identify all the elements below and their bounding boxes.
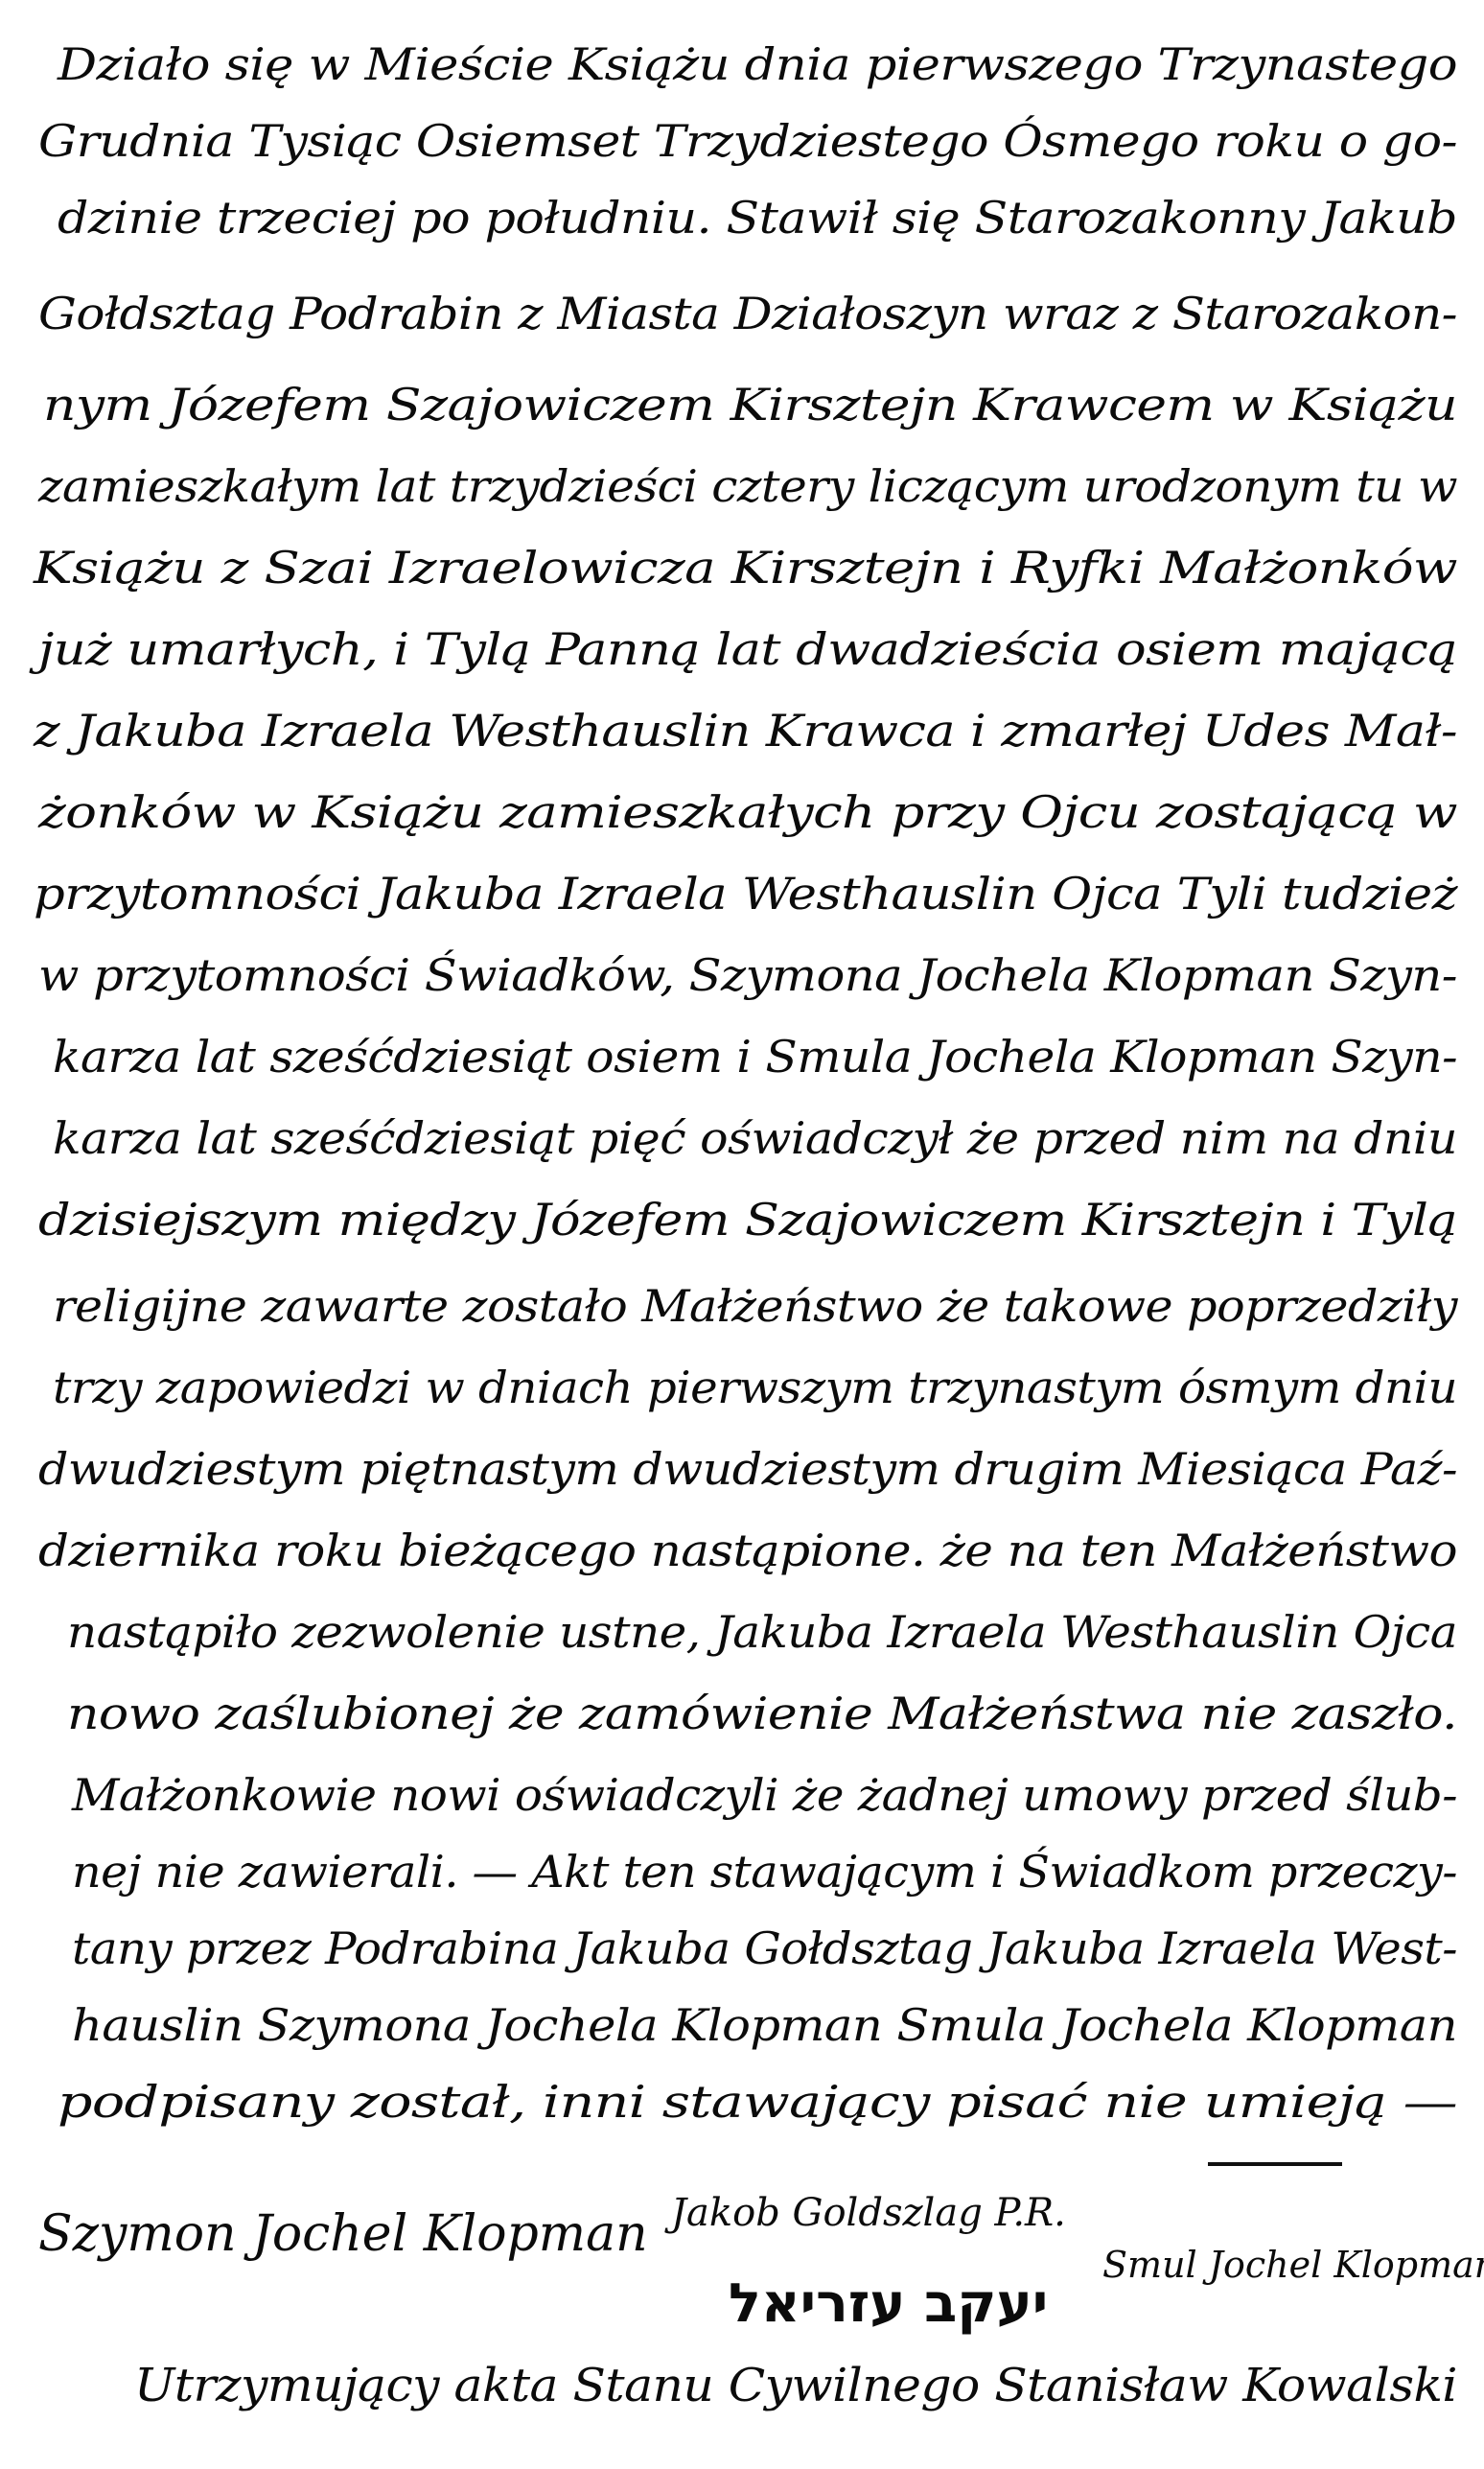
signature-hebrew: יעקב עזריאל [729,2272,1048,2335]
record-line-22: Małżonkowie nowi oświadczyli że żadnej u… [72,1769,1484,1846]
closing-dash [1208,2162,1342,2166]
record-line-23: nej nie zawierali. — Akt ten stawającym … [72,1846,1484,1922]
record-text: z Jakuba Izraela Westhauslin Krawca i zm… [34,705,1457,757]
record-line-14: karza lat sześćdziesiąt pięć oświadczył … [53,1112,1484,1189]
record-line-5: nym Józefem Szajowiczem Kirsztejn Krawce… [43,379,1484,455]
record-text: już umarłych, i Tylą Panną lat dwadzieśc… [38,623,1457,675]
record-line-9: z Jakuba Izraela Westhauslin Krawca i zm… [34,705,1484,781]
record-line-16: religijne zawarte zostało Małżeństwo że … [53,1280,1484,1357]
record-line-4: Gołdsztag Podrabin z Miasta Działoszyn w… [38,288,1484,364]
record-text: Małżonkowie nowi oświadczyli że żadnej u… [72,1769,1457,1821]
record-line-10: żonków w Książu zamieszkałych przy Ojcu … [38,786,1484,863]
record-line-12: w przytomności Świadków, Szymona Jochela… [38,949,1484,1026]
record-text: Książu z Szai Izraelowicza Kirsztejn i R… [34,542,1457,594]
record-text: Działo się w Mieście Książu dnia pierwsz… [58,38,1457,90]
record-line-17: trzy zapowiedzi w dniach pierwszym trzyn… [53,1362,1484,1438]
record-text: nastąpiło zezwolenie ustne, Jakuba Izrae… [67,1606,1457,1658]
record-text: dwudziestym piętnastym dwudziestym drugi… [38,1443,1457,1495]
record-line-15: dzisiejszym między Józefem Szajowiczem K… [38,1194,1484,1270]
registrar-closing-line: Utrzymujący akta Stanu Cywilnego Stanisł… [134,2359,1484,2435]
record-text: Grudnia Tysiąc Osiemset Trzydziestego Ós… [38,115,1457,167]
record-line-6: zamieszkałym lat trzydzieści cztery licz… [38,460,1484,537]
record-text: dzisiejszym między Józefem Szajowiczem K… [38,1194,1457,1246]
record-line-18: dwudziestym piętnastym dwudziestym drugi… [38,1443,1484,1520]
signature-middle: Jakob Goldszlag P.R. [671,2191,1066,2235]
record-text: dzinie trzeciej po południu. Stawił się … [58,192,1457,244]
record-line-1: Działo się w Mieście Książu dnia pierwsz… [58,38,1484,115]
record-text: hauslin Szymona Jochela Klopman Smula Jo… [72,1999,1457,2051]
record-text: nym Józefem Szajowiczem Kirsztejn Krawce… [43,379,1457,431]
record-line-7: Książu z Szai Izraelowicza Kirsztejn i R… [34,542,1484,618]
scanned-document-page: Działo się w Mieście Książu dnia pierwsz… [0,0,1484,2469]
record-line-24: tany przez Podrabina Jakuba Gołdsztag Ja… [72,1922,1484,1999]
signature-right: Smul Jochel Klopman [1102,2244,1484,2286]
record-text: Utrzymujący akta Stanu Cywilnego Stanisł… [134,2359,1457,2412]
record-line-13: karza lat sześćdziesiąt osiem i Smula Jo… [53,1031,1484,1107]
record-text: karza lat sześćdziesiąt pięć oświadczył … [53,1112,1457,1164]
record-text: żonków w Książu zamieszkałych przy Ojcu … [38,786,1457,838]
record-text: trzy zapowiedzi w dniach pierwszym trzyn… [53,1362,1457,1413]
record-text: podpisany został, inni stawający pisać n… [58,2076,1457,2128]
record-text: karza lat sześćdziesiąt osiem i Smula Jo… [53,1031,1457,1083]
record-text: w przytomności Świadków, Szymona Jochela… [38,949,1457,1001]
record-text: Gołdsztag Podrabin z Miasta Działoszyn w… [38,288,1457,339]
signature-left: Szymon Jochel Klopman [38,2205,648,2263]
record-line-25: hauslin Szymona Jochela Klopman Smula Jo… [72,1999,1484,2076]
record-text: tany przez Podrabina Jakuba Gołdsztag Ja… [72,1922,1457,1974]
record-line-21: nowo zaślubionej że zamówienie Małżeństw… [67,1688,1484,1764]
record-line-19: dziernika roku bieżącego nastąpione. że … [38,1525,1484,1601]
record-text: zamieszkałym lat trzydzieści cztery licz… [38,460,1457,512]
record-text: dziernika roku bieżącego nastąpione. że … [38,1525,1457,1576]
record-line-2: Grudnia Tysiąc Osiemset Trzydziestego Ós… [38,115,1484,192]
record-text: nowo zaślubionej że zamówienie Małżeństw… [67,1688,1457,1739]
record-line-20: nastąpiło zezwolenie ustne, Jakuba Izrae… [67,1606,1484,1683]
record-text: nej nie zawierali. — Akt ten stawającym … [72,1846,1457,1898]
record-line-11: przytomności Jakuba Izraela Westhauslin … [34,868,1484,944]
record-text: przytomności Jakuba Izraela Westhauslin … [34,868,1457,920]
record-line-8: już umarłych, i Tylą Panną lat dwadzieśc… [38,623,1484,700]
record-line-26: podpisany został, inni stawający pisać n… [58,2076,1484,2153]
record-line-3: dzinie trzeciej po południu. Stawił się … [58,192,1484,268]
record-text: religijne zawarte zostało Małżeństwo że … [53,1280,1457,1332]
